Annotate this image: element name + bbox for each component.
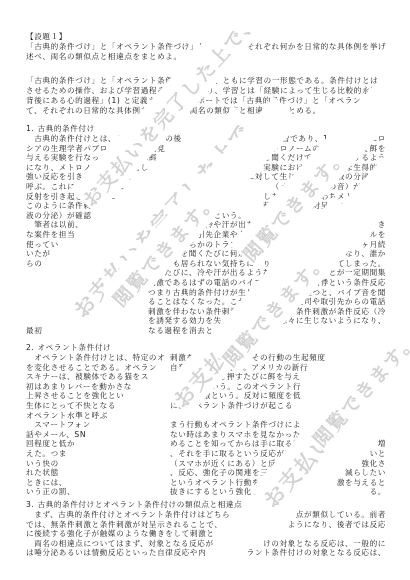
- text-line: 刺激であるはずの電話のバイブ: [148, 278, 262, 288]
- text-line: 上司や取引先からの電話: [296, 297, 386, 307]
- text-line: 点が類似している。前者: [296, 510, 386, 520]
- text-line: 最初: [26, 326, 42, 336]
- section-title-comparison: 3. 古典的条件付けとオペラント条件付けの類似点と相違点: [26, 500, 386, 510]
- text-line: いう正の罰、: [26, 487, 75, 497]
- text-line: き: [378, 220, 386, 230]
- text-line: スキナーは、被験体である猫をス: [26, 372, 149, 382]
- text-line: な案件を担当: [26, 230, 75, 240]
- text-line: 動悸という条件反応: [312, 278, 386, 288]
- text-line: 生体にとって不快となる: [26, 401, 116, 411]
- text-line: に後続する強化子が触媒のような働きをして刺激と: [26, 529, 214, 539]
- text-line: 減らしたい: [345, 468, 386, 478]
- text-line: いと: [370, 449, 386, 459]
- intro-line: 背後にある心的過程」(1) と定義される。本レポートでは「古典的条件づけ」と「オ…: [26, 96, 386, 106]
- text-line: 筆者は以前、: [26, 220, 83, 230]
- text-line: は唾分泌あるいは情動反応といった自律反応や内: [26, 548, 206, 558]
- text-line: ようになり、後者では反応: [288, 520, 386, 530]
- text-line: 使ってい: [26, 240, 59, 250]
- text-line: 回程度と低か: [26, 439, 75, 449]
- text-line: めることを知ってからは手に取る頻: [170, 439, 301, 449]
- text-line: まう行動もオペラント条件づけによ: [170, 420, 301, 430]
- text-line: る。: [370, 487, 386, 497]
- text-line: 激を与えると: [337, 478, 386, 488]
- intro-line: て、それぞれの日常的な具体例を挙げながら両名の類似点と相違点をまとめる。: [26, 106, 386, 116]
- text-line: ラント条件付けの対象となる反応は、: [247, 548, 386, 558]
- text-line: スマートフォン: [26, 420, 91, 430]
- text-line: ルを: [370, 230, 386, 240]
- text-line: とが一定期間集: [329, 268, 386, 278]
- text-line: オペラント水準と呼ぶ: [26, 411, 108, 421]
- text-line: 増: [378, 439, 386, 449]
- text-line: 上昇させることを強化とい: [26, 391, 124, 401]
- text-line: なり、誰か: [345, 249, 386, 259]
- text-line: まず、古典的条件付けとオペラント条件付けはどちら: [26, 510, 230, 520]
- text-line: れた状態: [26, 468, 59, 478]
- text-line: えた。つま: [26, 449, 67, 459]
- text-line: オペラント条件付けとは、特定のオ: [26, 353, 165, 363]
- text-line: らの: [26, 259, 42, 269]
- text-line: いたが: [26, 249, 51, 259]
- document-page: 【設題１】 「古典的条件づけ」と「オペラント条件づけ」とについて、それぞれ何かを…: [0, 0, 410, 580]
